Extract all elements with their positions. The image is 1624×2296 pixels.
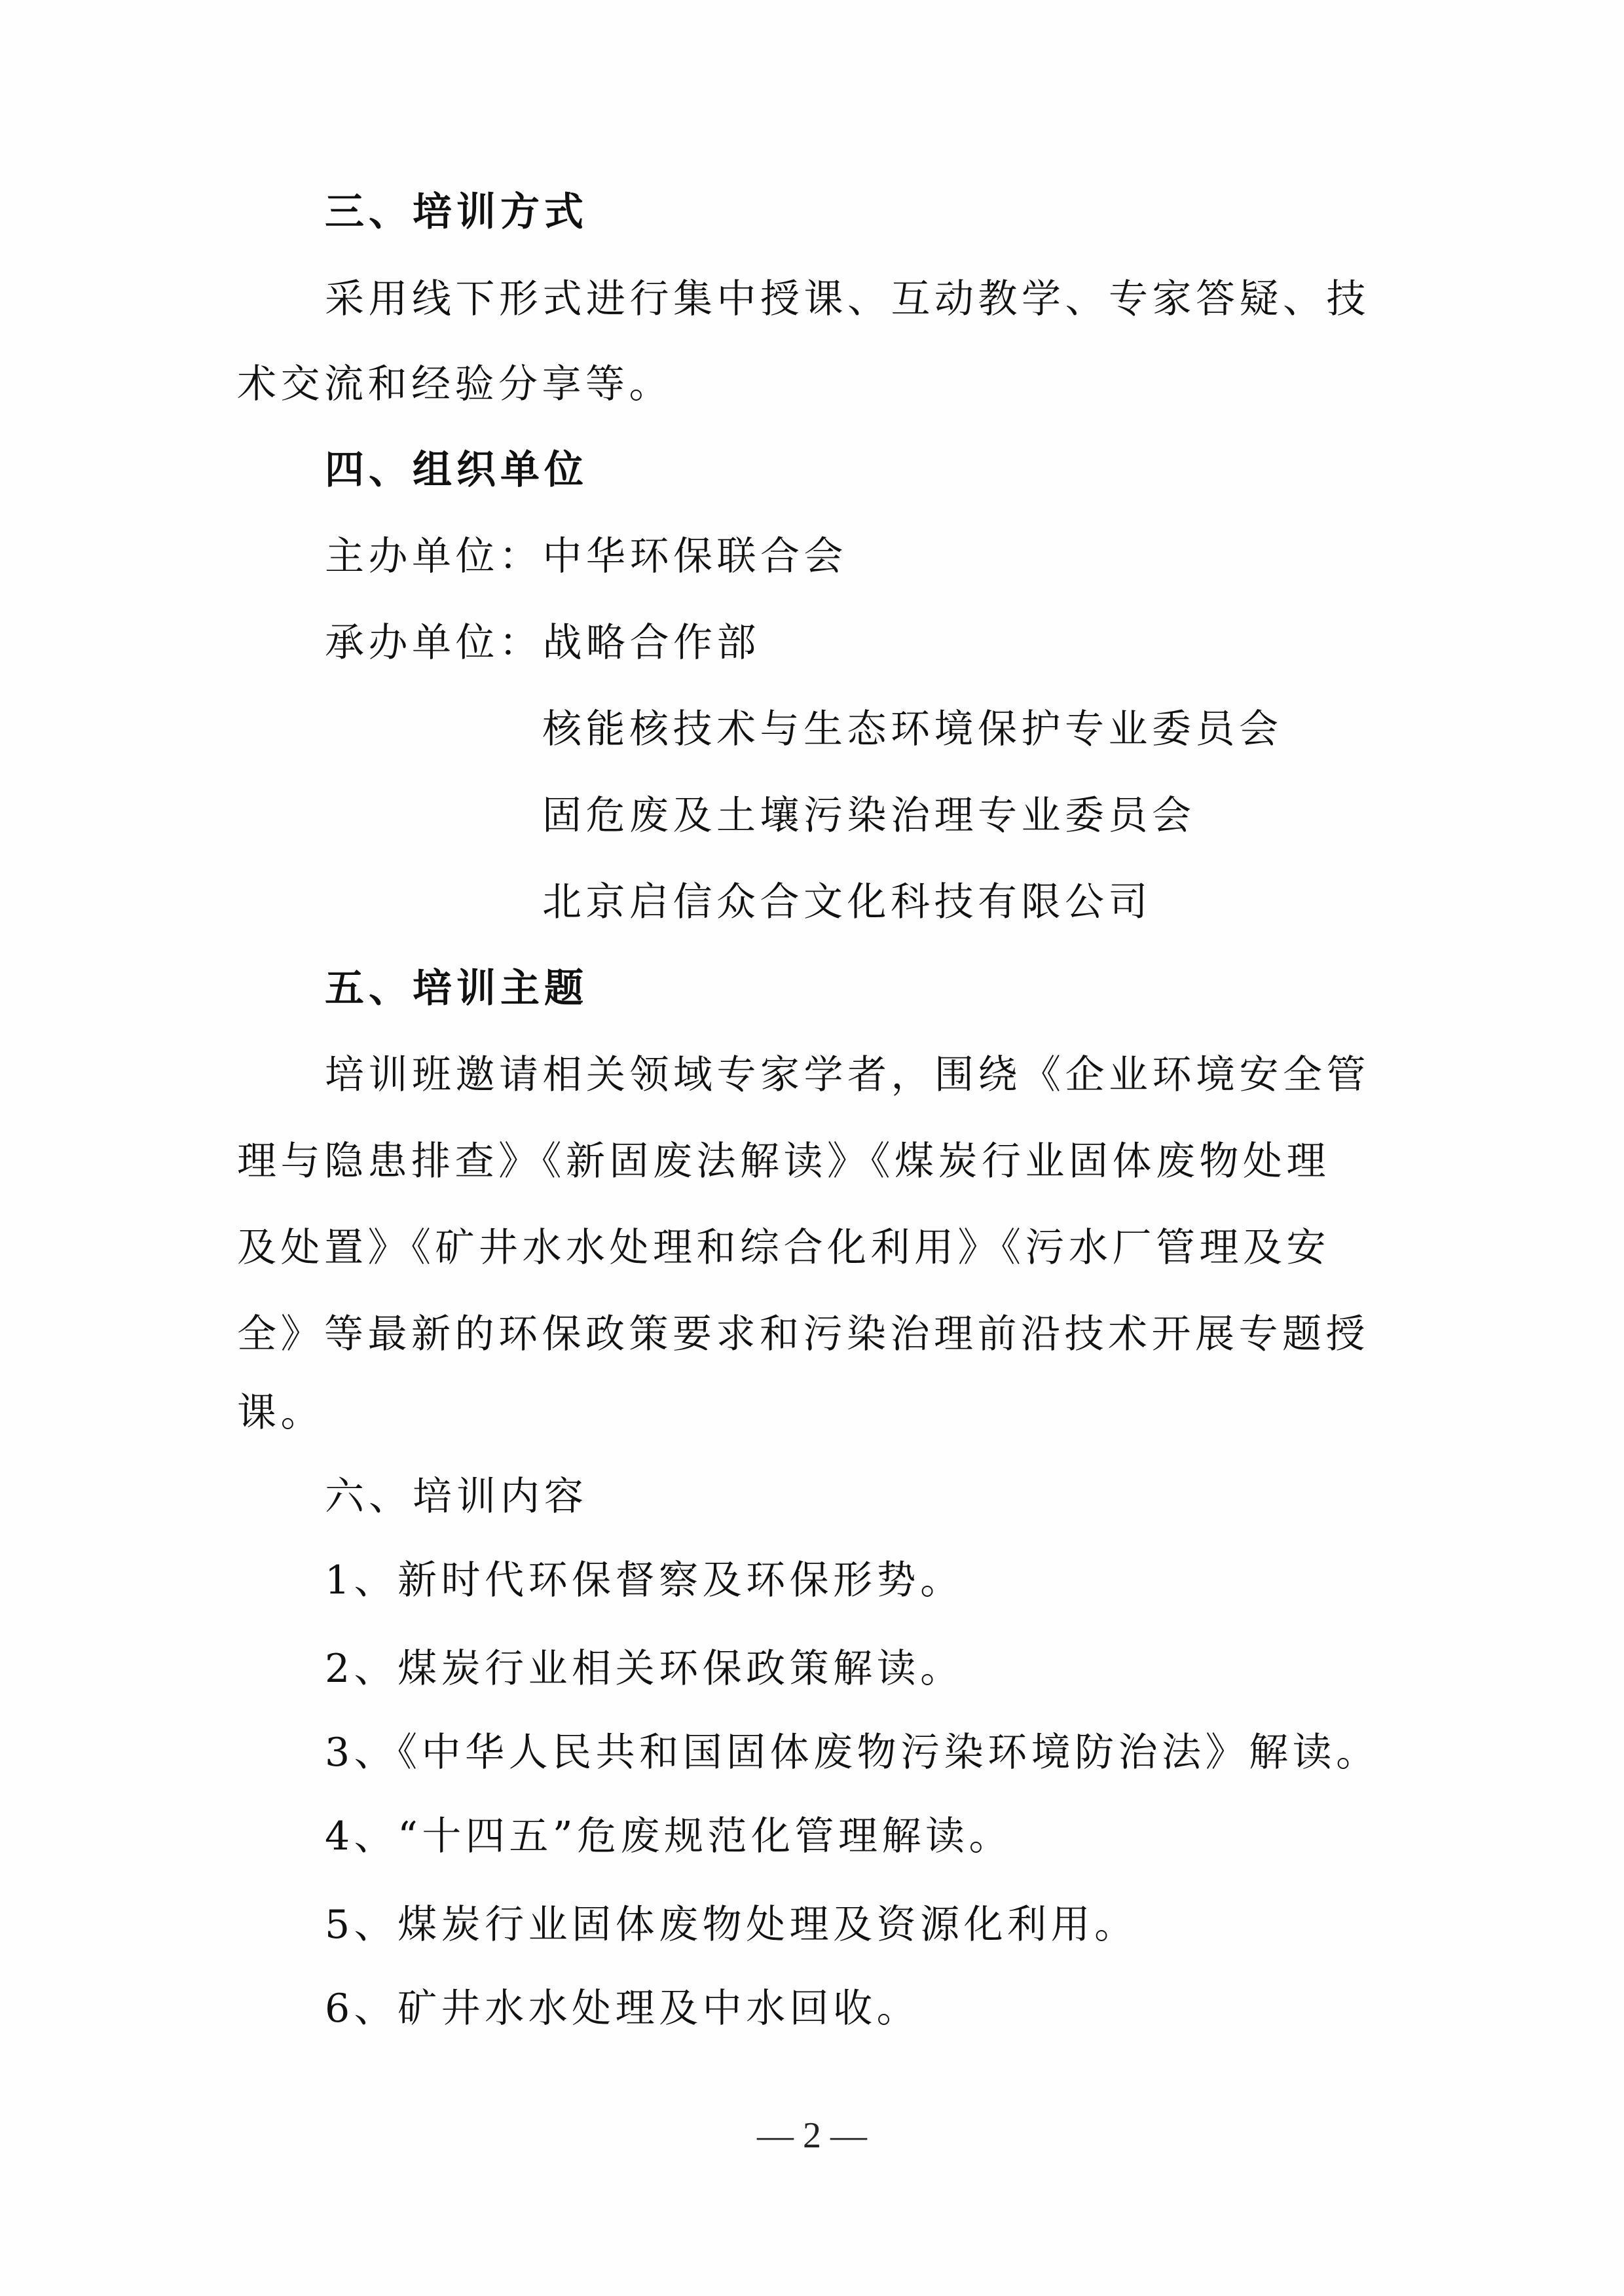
organizer-label: 承办单位： xyxy=(325,620,543,666)
content-list-item: 4、“十四五”危废规范化管理解读。 xyxy=(325,1813,1458,1859)
host-row: 主办单位：中华环保联合会 xyxy=(325,534,1458,579)
document-page: 三、培训方式 采用线下形式进行集中授课、互动教学、专家答疑、技 术交流和经验分享… xyxy=(0,0,1624,2296)
content-list-item: 1、新时代环保督察及环保形势。 xyxy=(325,1558,1458,1603)
paragraph-line: 理与隐患排查》《新固废法解读》《煤炭行业固体废物处理 xyxy=(237,1139,1370,1184)
organizer-name: 北京启信众合文化科技有限公司 xyxy=(542,879,1624,925)
content-list-item: 6、矿井水水处理及中水回收。 xyxy=(325,1986,1458,2032)
organizer-name: 核能核技术与生态环境保护专业委员会 xyxy=(542,706,1624,752)
section-heading-training-method: 三、培训方式 xyxy=(325,189,1458,235)
host-name: 中华环保联合会 xyxy=(543,534,848,579)
page-number: — 2 — xyxy=(0,2116,1624,2155)
paragraph-line: 培训班邀请相关领域专家学者，围绕《企业环境安全管 xyxy=(325,1052,1458,1098)
organizer-row: 承办单位：战略合作部 xyxy=(325,620,1458,666)
paragraph-line: 课。 xyxy=(237,1390,1370,1436)
paragraph-line: 术交流和经验分享等。 xyxy=(237,361,1370,407)
host-label: 主办单位： xyxy=(325,534,543,579)
section-heading-training-topics: 五、培训主题 xyxy=(325,966,1458,1011)
section-heading-training-content: 六、培训内容 xyxy=(325,1474,1458,1520)
content-list-item: 2、煤炭行业相关环保政策解读。 xyxy=(325,1646,1458,1692)
organizer-name: 固危废及土壤污染治理专业委员会 xyxy=(542,793,1624,839)
paragraph-line: 全》等最新的环保政策要求和污染治理前沿技术开展专题授 xyxy=(237,1311,1370,1357)
paragraph-line: 采用线下形式进行集中授课、互动教学、专家答疑、技 xyxy=(325,276,1458,322)
content-list-item: 3、《中华人民共和国固体废物污染环境防治法》解读。 xyxy=(325,1730,1458,1776)
section-heading-organizers: 四、组织单位 xyxy=(325,447,1458,493)
paragraph-line: 及处置》《矿井水水处理和综合化利用》《污水厂管理及安 xyxy=(237,1225,1370,1271)
content-list-item: 5、煤炭行业固体废物处理及资源化利用。 xyxy=(325,1902,1458,1948)
organizer-name: 战略合作部 xyxy=(543,620,761,666)
